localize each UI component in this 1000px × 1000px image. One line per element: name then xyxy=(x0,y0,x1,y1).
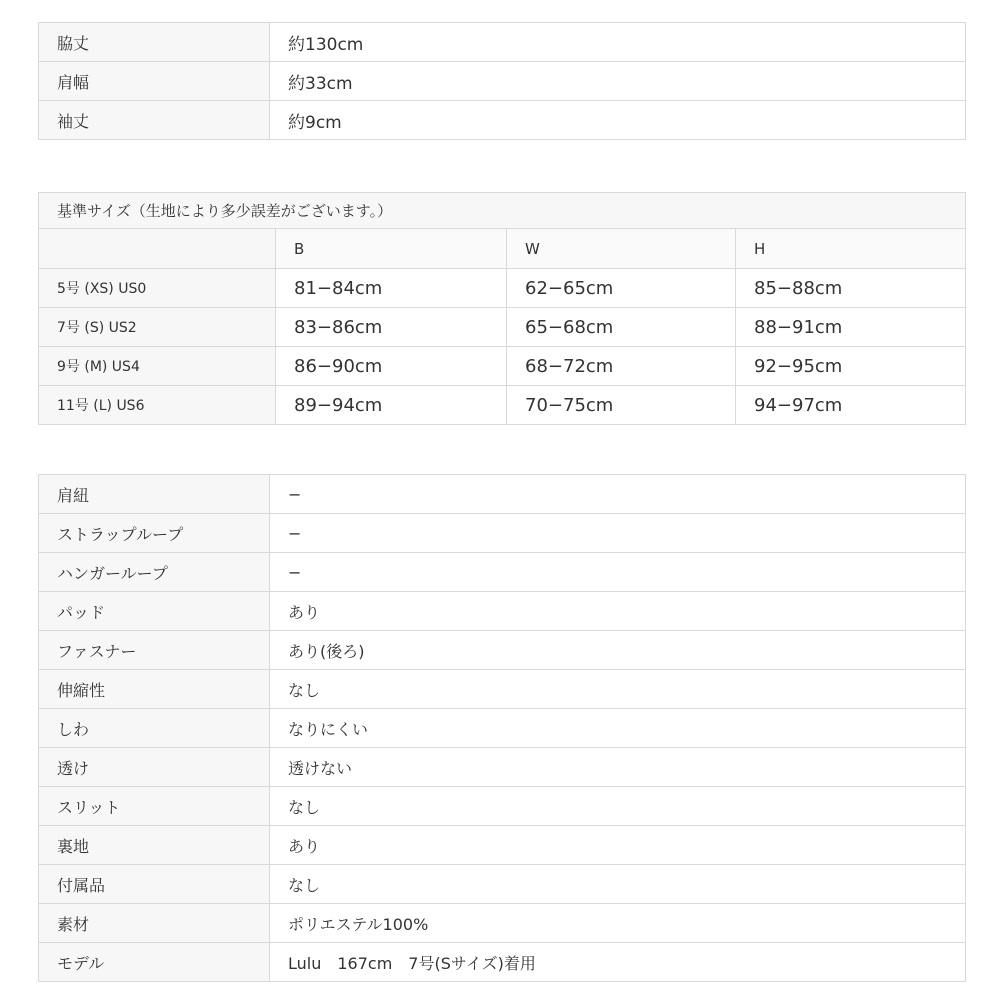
column-header-waist: W xyxy=(507,229,736,269)
bust-value: 81−84cm xyxy=(276,269,507,308)
table-row: 袖丈 約9cm xyxy=(39,101,966,140)
table-row: 9号 (M) US4 86−90cm 68−72cm 92−95cm xyxy=(39,347,966,386)
table-row: 透け 透けない xyxy=(39,748,966,787)
size-label: 9号 (M) US4 xyxy=(39,347,276,386)
corner-cell xyxy=(39,229,276,269)
measurement-label: 脇丈 xyxy=(39,23,270,62)
detail-label: ファスナー xyxy=(39,631,270,670)
detail-value: − xyxy=(270,514,966,553)
waist-value: 68−72cm xyxy=(507,347,736,386)
detail-value: あり(後ろ) xyxy=(270,631,966,670)
table-row: 付属品 なし xyxy=(39,865,966,904)
bust-value: 83−86cm xyxy=(276,308,507,347)
detail-label: スリット xyxy=(39,787,270,826)
detail-label: 裏地 xyxy=(39,826,270,865)
detail-label: ストラップループ xyxy=(39,514,270,553)
detail-label: しわ xyxy=(39,709,270,748)
size-label: 5号 (XS) US0 xyxy=(39,269,276,308)
product-spec-section: 脇丈 約130cm 肩幅 約33cm 袖丈 約9cm 基準サイズ（生地により多少… xyxy=(0,0,1000,982)
detail-label: 素材 xyxy=(39,904,270,943)
table-row: モデル Lulu 167cm 7号(Sサイズ)着用 xyxy=(39,943,966,982)
bust-value: 89−94cm xyxy=(276,386,507,425)
detail-value: なし xyxy=(270,865,966,904)
table-row: しわ なりにくい xyxy=(39,709,966,748)
table-row: 脇丈 約130cm xyxy=(39,23,966,62)
detail-label: 透け xyxy=(39,748,270,787)
detail-value: あり xyxy=(270,592,966,631)
detail-value: なし xyxy=(270,787,966,826)
table-row: 5号 (XS) US0 81−84cm 62−65cm 85−88cm xyxy=(39,269,966,308)
size-table-title: 基準サイズ（生地により多少誤差がございます。） xyxy=(39,193,966,229)
table-row: ストラップループ − xyxy=(39,514,966,553)
detail-label: モデル xyxy=(39,943,270,982)
table-header-row: B W H xyxy=(39,229,966,269)
column-header-bust: B xyxy=(276,229,507,269)
table-row: ハンガーループ − xyxy=(39,553,966,592)
detail-label: 伸縮性 xyxy=(39,670,270,709)
measurement-value: 約9cm xyxy=(270,101,966,140)
table-row: スリット なし xyxy=(39,787,966,826)
measurement-label: 袖丈 xyxy=(39,101,270,140)
table-row: 肩紐 − xyxy=(39,475,966,514)
size-label: 11号 (L) US6 xyxy=(39,386,276,425)
detail-value: − xyxy=(270,475,966,514)
detail-label: 付属品 xyxy=(39,865,270,904)
measurement-label: 肩幅 xyxy=(39,62,270,101)
hip-value: 92−95cm xyxy=(736,347,966,386)
table-row: 素材 ポリエステル100% xyxy=(39,904,966,943)
detail-value: Lulu 167cm 7号(Sサイズ)着用 xyxy=(270,943,966,982)
table-row: ファスナー あり(後ろ) xyxy=(39,631,966,670)
detail-label: パッド xyxy=(39,592,270,631)
hip-value: 94−97cm xyxy=(736,386,966,425)
detail-value: なし xyxy=(270,670,966,709)
detail-value: 透けない xyxy=(270,748,966,787)
detail-label: ハンガーループ xyxy=(39,553,270,592)
waist-value: 62−65cm xyxy=(507,269,736,308)
measurements-table: 脇丈 約130cm 肩幅 約33cm 袖丈 約9cm xyxy=(38,22,966,140)
table-row: パッド あり xyxy=(39,592,966,631)
bust-value: 86−90cm xyxy=(276,347,507,386)
table-row: 11号 (L) US6 89−94cm 70−75cm 94−97cm xyxy=(39,386,966,425)
detail-label: 肩紐 xyxy=(39,475,270,514)
product-details-table: 肩紐 − ストラップループ − ハンガーループ − パッド あり ファスナー あ… xyxy=(38,474,966,982)
detail-value: ポリエステル100% xyxy=(270,904,966,943)
measurement-value: 約33cm xyxy=(270,62,966,101)
waist-value: 65−68cm xyxy=(507,308,736,347)
hip-value: 88−91cm xyxy=(736,308,966,347)
table-row: 裏地 あり xyxy=(39,826,966,865)
column-header-hip: H xyxy=(736,229,966,269)
detail-value: なりにくい xyxy=(270,709,966,748)
size-label: 7号 (S) US2 xyxy=(39,308,276,347)
table-row: 7号 (S) US2 83−86cm 65−68cm 88−91cm xyxy=(39,308,966,347)
measurement-value: 約130cm xyxy=(270,23,966,62)
table-title-row: 基準サイズ（生地により多少誤差がございます。） xyxy=(39,193,966,229)
hip-value: 85−88cm xyxy=(736,269,966,308)
waist-value: 70−75cm xyxy=(507,386,736,425)
table-row: 肩幅 約33cm xyxy=(39,62,966,101)
detail-value: − xyxy=(270,553,966,592)
table-row: 伸縮性 なし xyxy=(39,670,966,709)
detail-value: あり xyxy=(270,826,966,865)
standard-size-table: 基準サイズ（生地により多少誤差がございます。） B W H 5号 (XS) US… xyxy=(38,192,966,425)
